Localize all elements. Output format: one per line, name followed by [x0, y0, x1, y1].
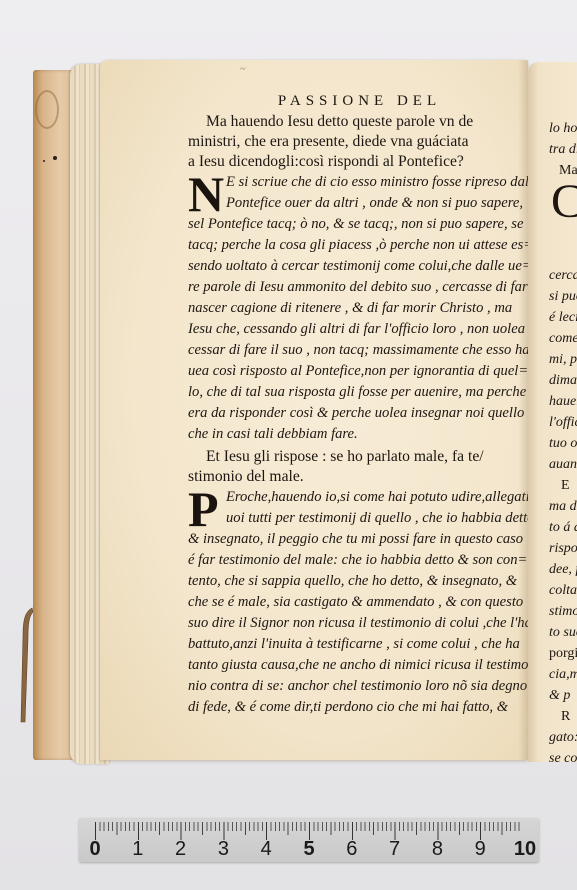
text-line: uoi tutti per testimonij di quello , che… — [188, 508, 513, 529]
text-line: uea così risposto al Pontefice,non per i… — [188, 361, 513, 382]
text-line: stimonio del male. — [188, 467, 513, 487]
text-line: tacq; perche la cosa gli piacess ,ò perc… — [188, 235, 513, 256]
text-line: Ma hauendo Iesu detto queste parole vn d… — [188, 112, 513, 132]
text-line: sendo uoltato à cercar testimonij come c… — [188, 256, 513, 277]
text-line: nascer cagione di ritenere , & di far mo… — [188, 298, 513, 319]
ruler-label: 5 — [299, 838, 319, 860]
text-line: di fede, & é come dir,ti perdono cio che… — [188, 697, 513, 718]
text-line: che in casi tali debbiam fare. — [188, 424, 513, 445]
drop-cap: C — [551, 181, 577, 265]
text-line: cia,m — [549, 664, 577, 685]
drop-cap: P — [188, 487, 219, 531]
text-line: & p — [549, 685, 577, 706]
text-line: se col — [549, 748, 577, 769]
text-line: & insegnato, il peggio che tu mi possi f… — [188, 529, 513, 550]
text-line: stimon — [549, 601, 577, 622]
ruler-label: 8 — [427, 838, 447, 860]
text-line: to suo — [549, 622, 577, 643]
text-line: mi, pe — [549, 349, 577, 370]
text-line: auan — [549, 454, 577, 475]
scripture-paragraph: Ma hauendo Iesu detto queste parole vn d… — [188, 112, 513, 172]
text-line: tanto giusta causa,che ne ancho di nimic… — [188, 655, 513, 676]
text-line: gato: — [549, 727, 577, 748]
text-line: lo ho p — [549, 118, 577, 139]
text-line: tento, che si sappia quello, che ho dett… — [188, 571, 513, 592]
ruler-label: 6 — [342, 838, 362, 860]
drop-cap: N — [188, 172, 224, 216]
ruler-label: 1 — [128, 838, 148, 860]
text-line: Et Iesu gli rispose : se ho parlato male… — [188, 447, 513, 467]
text-line: a Iesu dicendogli:così rispondi al Ponte… — [188, 152, 513, 172]
water-stain — [35, 90, 59, 129]
verso-page: ~ PASSIONE DEL Ma hauendo Iesu detto que… — [100, 60, 528, 760]
text-line: re parole di Iesu ammonito del debito su… — [188, 277, 513, 298]
commentary-paragraph: P Eroche,hauendo io,si come hai potuto u… — [188, 487, 513, 718]
text-line: E — [549, 475, 577, 496]
ruler-label: 3 — [213, 838, 233, 860]
ruler-labels: 0 1 2 3 4 5 6 7 8 9 10 — [85, 838, 535, 860]
scale-ruler: 0 1 2 3 4 5 6 7 8 9 10 — [79, 818, 539, 862]
text-line: cessar di fare il suo , non tacq; massim… — [188, 340, 513, 361]
recto-page-text: lo ho p tra di i Ma C cerca d si puo c é… — [549, 118, 577, 769]
commentary-paragraph: N E si scriue che di cio esso ministro f… — [188, 172, 513, 445]
page-text-block: PASSIONE DEL Ma hauendo Iesu detto quest… — [188, 93, 513, 718]
text-line: come f — [549, 328, 577, 349]
text-line: rispost — [549, 538, 577, 559]
text-line: hauer — [549, 391, 577, 412]
text-line: é far testimonio del male: che io habbia… — [188, 550, 513, 571]
bookmark-ribbon — [19, 606, 33, 724]
text-line: diman — [549, 370, 577, 391]
text-line: suo dire il Signor non ricusa il testimo… — [188, 613, 513, 634]
text-line: to á d. — [549, 517, 577, 538]
text-line: R — [549, 706, 577, 727]
text-line: cerca d — [549, 265, 577, 286]
ruler-label: 10 — [511, 838, 539, 860]
running-head: PASSIONE DEL — [188, 93, 513, 110]
wormhole — [43, 160, 45, 162]
text-line: E si scriue che di cio esso ministro fos… — [188, 172, 513, 193]
wormhole — [53, 156, 57, 160]
ruler-label: 9 — [470, 838, 490, 860]
text-line: tra di i — [549, 139, 577, 160]
text-line: dee, fa — [549, 559, 577, 580]
text-line: sel Pontefice tacq; ò no, & se tacq;, no… — [188, 214, 513, 235]
ruler-label: 0 — [85, 838, 105, 860]
text-line: si puo c — [549, 286, 577, 307]
scripture-paragraph: Et Iesu gli rispose : se ho parlato male… — [188, 447, 513, 487]
text-line: é lecito — [549, 307, 577, 328]
text-line: che se é male, sia castigato & ammendato… — [188, 592, 513, 613]
pencil-mark: ~ — [240, 64, 245, 75]
text-line: ma di — [549, 496, 577, 517]
ruler-label: 7 — [385, 838, 405, 860]
text-line: l'offic — [549, 412, 577, 433]
text-line: battuto,anzi l'inuita à testificarne , s… — [188, 634, 513, 655]
text-line: Eroche,hauendo io,si come hai potuto udi… — [188, 487, 513, 508]
text-line: Pontefice ouer da altri , onde & non si … — [188, 193, 513, 214]
text-line: porgi — [549, 643, 577, 664]
text-line: lo, che di tal sua risposta gli fosse pe… — [188, 382, 513, 403]
text-line: nio contra di se: anchor chel testimonio… — [188, 676, 513, 697]
text-line: ministri, che era presente, diede vna gu… — [188, 132, 513, 152]
ruler-label: 4 — [256, 838, 276, 860]
ruler-label: 2 — [171, 838, 191, 860]
text-line: tuo o — [549, 433, 577, 454]
text-line: Iesu che, cessando gli altri di far l'of… — [188, 319, 513, 340]
text-line: colta — [549, 580, 577, 601]
text-line: era da risponder così & perche uolea ins… — [188, 403, 513, 424]
